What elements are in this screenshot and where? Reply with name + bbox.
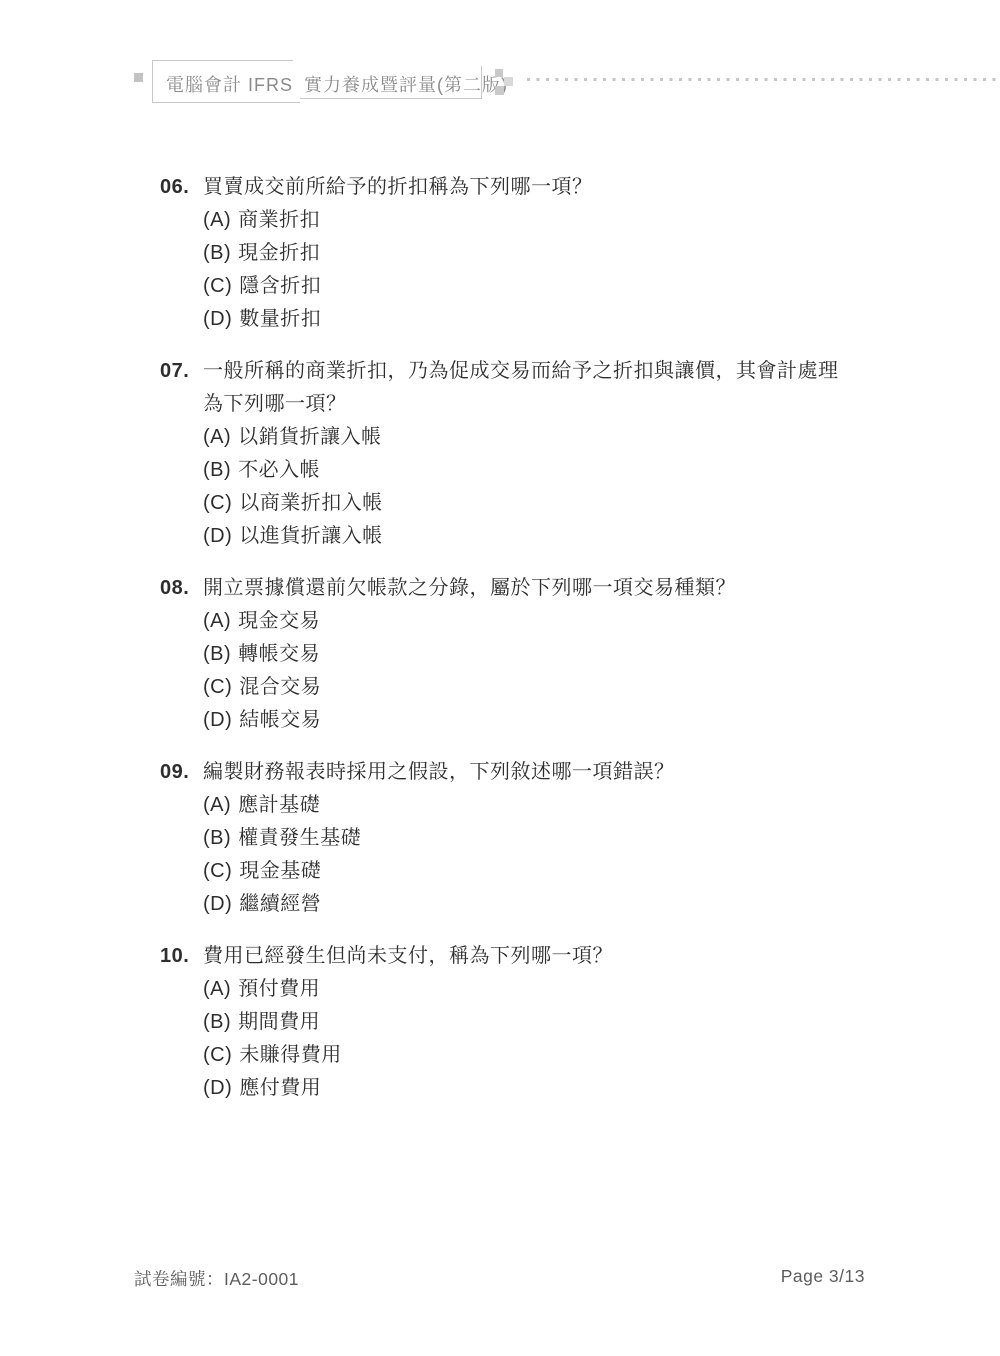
question-block: 10. 費用已經發生但尚未支付，稱為下列哪一項？ (A)預付費用(B)期間費用(…	[160, 940, 874, 1105]
option-letter: (B)	[203, 237, 231, 270]
option-letter: (C)	[203, 855, 232, 888]
question-block: 07. 一般所稱的商業折扣，乃為促成交易而給予之折扣與讓價，其會計處理為下列哪一…	[160, 355, 874, 553]
question-head: 09. 編製財務報表時採用之假設，下列敘述哪一項錯誤？	[160, 756, 874, 789]
option-row: (D)以進貨折讓入帳	[160, 520, 874, 553]
option-letter: (D)	[203, 888, 232, 921]
option-text: 預付費用	[238, 973, 320, 1006]
option-letter: (D)	[203, 520, 232, 553]
option-row: (C)隱含折扣	[160, 270, 874, 303]
option-text: 轉帳交易	[238, 638, 320, 671]
question-number: 07.	[160, 355, 203, 388]
question-text: 一般所稱的商業折扣，乃為促成交易而給予之折扣與讓價，其會計處理為下列哪一項？	[203, 355, 874, 421]
tab-border-bottom-right	[300, 98, 482, 99]
step-squares-icon	[495, 69, 515, 96]
exam-page: 電腦會計 IFRS 實力養成暨評量(第二版) 06. 買賣成交前所給予的折扣稱為…	[0, 0, 1000, 1356]
question-options: (A)現金交易(B)轉帳交易(C)混合交易(D)結帳交易	[160, 605, 874, 737]
option-row: (C)未賺得費用	[160, 1039, 874, 1072]
tab-border-top	[152, 60, 293, 61]
question-number: 08.	[160, 572, 203, 605]
questions-area: 06. 買賣成交前所給予的折扣稱為下列哪一項？ (A)商業折扣(B)現金折扣(C…	[160, 171, 874, 1124]
question-text-line: 開立票據償還前欠帳款之分錄，屬於下列哪一項交易種類？	[203, 572, 874, 605]
option-row: (A)應計基礎	[160, 789, 874, 822]
option-row: (A)以銷貨折讓入帳	[160, 421, 874, 454]
option-row: (B)不必入帳	[160, 454, 874, 487]
option-row: (B)現金折扣	[160, 237, 874, 270]
question-text-line: 費用已經發生但尚未支付，稱為下列哪一項？	[203, 940, 874, 973]
option-letter: (D)	[203, 704, 232, 737]
option-text: 現金基礎	[239, 855, 321, 888]
option-letter: (D)	[203, 303, 232, 336]
option-text: 以進貨折讓入帳	[239, 520, 383, 553]
option-letter: (A)	[203, 973, 231, 1006]
question-head: 06. 買賣成交前所給予的折扣稱為下列哪一項？	[160, 171, 874, 204]
option-row: (B)權責發生基礎	[160, 822, 874, 855]
option-row: (B)轉帳交易	[160, 638, 874, 671]
question-head: 07. 一般所稱的商業折扣，乃為促成交易而給予之折扣與讓價，其會計處理為下列哪一…	[160, 355, 874, 421]
question-text-line: 一般所稱的商業折扣，乃為促成交易而給予之折扣與讓價，其會計處理	[203, 355, 874, 388]
option-letter: (B)	[203, 454, 231, 487]
option-text: 混合交易	[239, 671, 321, 704]
option-text: 結帳交易	[239, 704, 321, 737]
question-number: 09.	[160, 756, 203, 789]
option-letter: (A)	[203, 605, 231, 638]
option-text: 不必入帳	[238, 454, 320, 487]
option-text: 數量折扣	[239, 303, 321, 336]
option-text: 現金折扣	[238, 237, 320, 270]
option-text: 權責發生基礎	[238, 822, 361, 855]
option-row: (C)現金基礎	[160, 855, 874, 888]
question-number: 06.	[160, 171, 203, 204]
question-text: 費用已經發生但尚未支付，稱為下列哪一項？	[203, 940, 874, 973]
option-letter: (C)	[203, 671, 232, 704]
bullet-square-icon	[134, 73, 143, 82]
question-text: 編製財務報表時採用之假設，下列敘述哪一項錯誤？	[203, 756, 874, 789]
option-text: 以銷貨折讓入帳	[238, 421, 382, 454]
option-text: 以商業折扣入帳	[239, 487, 383, 520]
option-row: (B)期間費用	[160, 1006, 874, 1039]
question-text: 買賣成交前所給予的折扣稱為下列哪一項？	[203, 171, 874, 204]
option-letter: (C)	[203, 1039, 232, 1072]
option-text: 商業折扣	[238, 204, 320, 237]
question-block: 06. 買賣成交前所給予的折扣稱為下列哪一項？ (A)商業折扣(B)現金折扣(C…	[160, 171, 874, 336]
page-footer: 試卷編號：IA2-0001 Page 3/13	[134, 1266, 865, 1291]
question-text-line: 為下列哪一項？	[203, 388, 874, 421]
option-letter: (B)	[203, 638, 231, 671]
tab-border-left	[152, 60, 153, 102]
option-letter: (B)	[203, 1006, 231, 1039]
option-letter: (A)	[203, 421, 231, 454]
page-number: Page 3/13	[781, 1266, 865, 1291]
option-text: 期間費用	[238, 1006, 320, 1039]
question-options: (A)以銷貨折讓入帳(B)不必入帳(C)以商業折扣入帳(D)以進貨折讓入帳	[160, 421, 874, 553]
option-row: (D)繼續經營	[160, 888, 874, 921]
option-row: (A)商業折扣	[160, 204, 874, 237]
question-options: (A)應計基礎(B)權責發生基礎(C)現金基礎(D)繼續經營	[160, 789, 874, 921]
question-text: 開立票據償還前欠帳款之分錄，屬於下列哪一項交易種類？	[203, 572, 874, 605]
question-block: 08. 開立票據償還前欠帳款之分錄，屬於下列哪一項交易種類？ (A)現金交易(B…	[160, 572, 874, 737]
question-text-line: 買賣成交前所給予的折扣稱為下列哪一項？	[203, 171, 874, 204]
question-head: 10. 費用已經發生但尚未支付，稱為下列哪一項？	[160, 940, 874, 973]
option-row: (D)結帳交易	[160, 704, 874, 737]
question-options: (A)商業折扣(B)現金折扣(C)隱含折扣(D)數量折扣	[160, 204, 874, 336]
dotted-divider	[527, 78, 1000, 81]
option-text: 應付費用	[239, 1072, 321, 1105]
option-text: 應計基礎	[238, 789, 320, 822]
question-block: 09. 編製財務報表時採用之假設，下列敘述哪一項錯誤？ (A)應計基礎(B)權責…	[160, 756, 874, 921]
option-letter: (C)	[203, 487, 232, 520]
option-row: (D)應付費用	[160, 1072, 874, 1105]
header-title-primary: 電腦會計 IFRS	[166, 71, 293, 97]
question-options: (A)預付費用(B)期間費用(C)未賺得費用(D)應付費用	[160, 973, 874, 1105]
question-head: 08. 開立票據償還前欠帳款之分錄，屬於下列哪一項交易種類？	[160, 572, 874, 605]
option-row: (C)混合交易	[160, 671, 874, 704]
page-header: 電腦會計 IFRS 實力養成暨評量(第二版)	[0, 58, 1000, 104]
header-title-secondary: 實力養成暨評量(第二版)	[304, 71, 508, 97]
option-row: (A)現金交易	[160, 605, 874, 638]
option-letter: (B)	[203, 822, 231, 855]
exam-code: 試卷編號：IA2-0001	[134, 1266, 299, 1291]
option-row: (C)以商業折扣入帳	[160, 487, 874, 520]
question-text-line: 編製財務報表時採用之假設，下列敘述哪一項錯誤？	[203, 756, 874, 789]
header-title-box: 電腦會計 IFRS 實力養成暨評量(第二版)	[152, 60, 482, 103]
option-text: 隱含折扣	[239, 270, 321, 303]
option-letter: (D)	[203, 1072, 232, 1105]
option-letter: (A)	[203, 204, 231, 237]
option-row: (D)數量折扣	[160, 303, 874, 336]
option-letter: (A)	[203, 789, 231, 822]
option-text: 未賺得費用	[239, 1039, 342, 1072]
option-text: 現金交易	[238, 605, 320, 638]
question-number: 10.	[160, 940, 203, 973]
option-text: 繼續經營	[239, 888, 321, 921]
tab-border-bottom-left	[152, 102, 300, 103]
option-letter: (C)	[203, 270, 232, 303]
option-row: (A)預付費用	[160, 973, 874, 1006]
